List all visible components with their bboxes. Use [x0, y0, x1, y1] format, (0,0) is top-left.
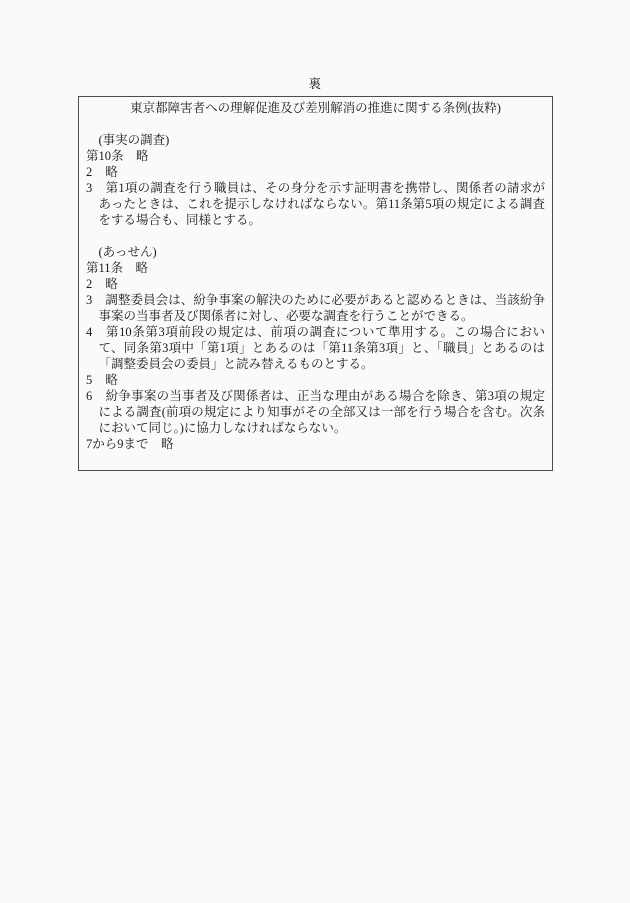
item-number: 2: [86, 165, 92, 179]
article-11-item-5: 5略: [86, 372, 545, 388]
document-page: 裏 東京都障害者への理解促進及び差別解消の推進に関する条例(抜粋) (事実の調査…: [0, 0, 630, 903]
item-text: 略: [105, 277, 118, 291]
article-11-item-3: 3調整委員会は、紛争事案の解決のために必要があると認めるときは、当該紛争事案の当…: [86, 292, 545, 324]
article-11-item-6: 6紛争事案の当事者及び関係者は、正当な理由がある場合を除き、第3項の規定による調…: [86, 388, 545, 436]
item-number: 5: [86, 373, 92, 387]
article-10-line: 第10条 略: [86, 148, 545, 164]
item-text: 第1項の調査を行う職員は、その身分を示す証明書を携帯し、関係者の請求があったとき…: [99, 181, 546, 227]
section-heading-fact-investigation: (事実の調査): [86, 132, 545, 148]
item-number: 4: [86, 325, 92, 339]
item-text: 略: [105, 373, 118, 387]
ordinance-title: 東京都障害者への理解促進及び差別解消の推進に関する条例(抜粋): [86, 100, 545, 116]
item-number: 6: [86, 389, 92, 403]
page-side-label: 裏: [0, 76, 630, 92]
item-number: 2: [86, 277, 92, 291]
item-text: 略: [105, 165, 118, 179]
article-11-items-7-to-9-line: 7から9まで 略: [86, 436, 545, 452]
item-text: 第10条第3項前段の規定は、前項の調査について準用する。この場合において、同条第…: [99, 325, 546, 371]
item-text: 調整委員会は、紛争事案の解決のために必要があると認めるときは、当該紛争事案の当事…: [99, 293, 546, 323]
article-11-item-2: 2略: [86, 276, 545, 292]
item-number: 3: [86, 181, 92, 195]
section-heading-mediation: (あっせん): [86, 244, 545, 260]
article-10-item-2: 2略: [86, 164, 545, 180]
article-11-item-4: 4第10条第3項前段の規定は、前項の調査について準用する。この場合において、同条…: [86, 324, 545, 372]
article-11-line: 第11条 略: [86, 260, 545, 276]
article-10-item-3: 3第1項の調査を行う職員は、その身分を示す証明書を携帯し、関係者の請求があったと…: [86, 180, 545, 228]
item-text: 紛争事案の当事者及び関係者は、正当な理由がある場合を除き、第3項の規定による調査…: [99, 389, 546, 435]
item-number: 3: [86, 293, 92, 307]
ordinance-excerpt-box: 東京都障害者への理解促進及び差別解消の推進に関する条例(抜粋) (事実の調査) …: [78, 96, 553, 471]
